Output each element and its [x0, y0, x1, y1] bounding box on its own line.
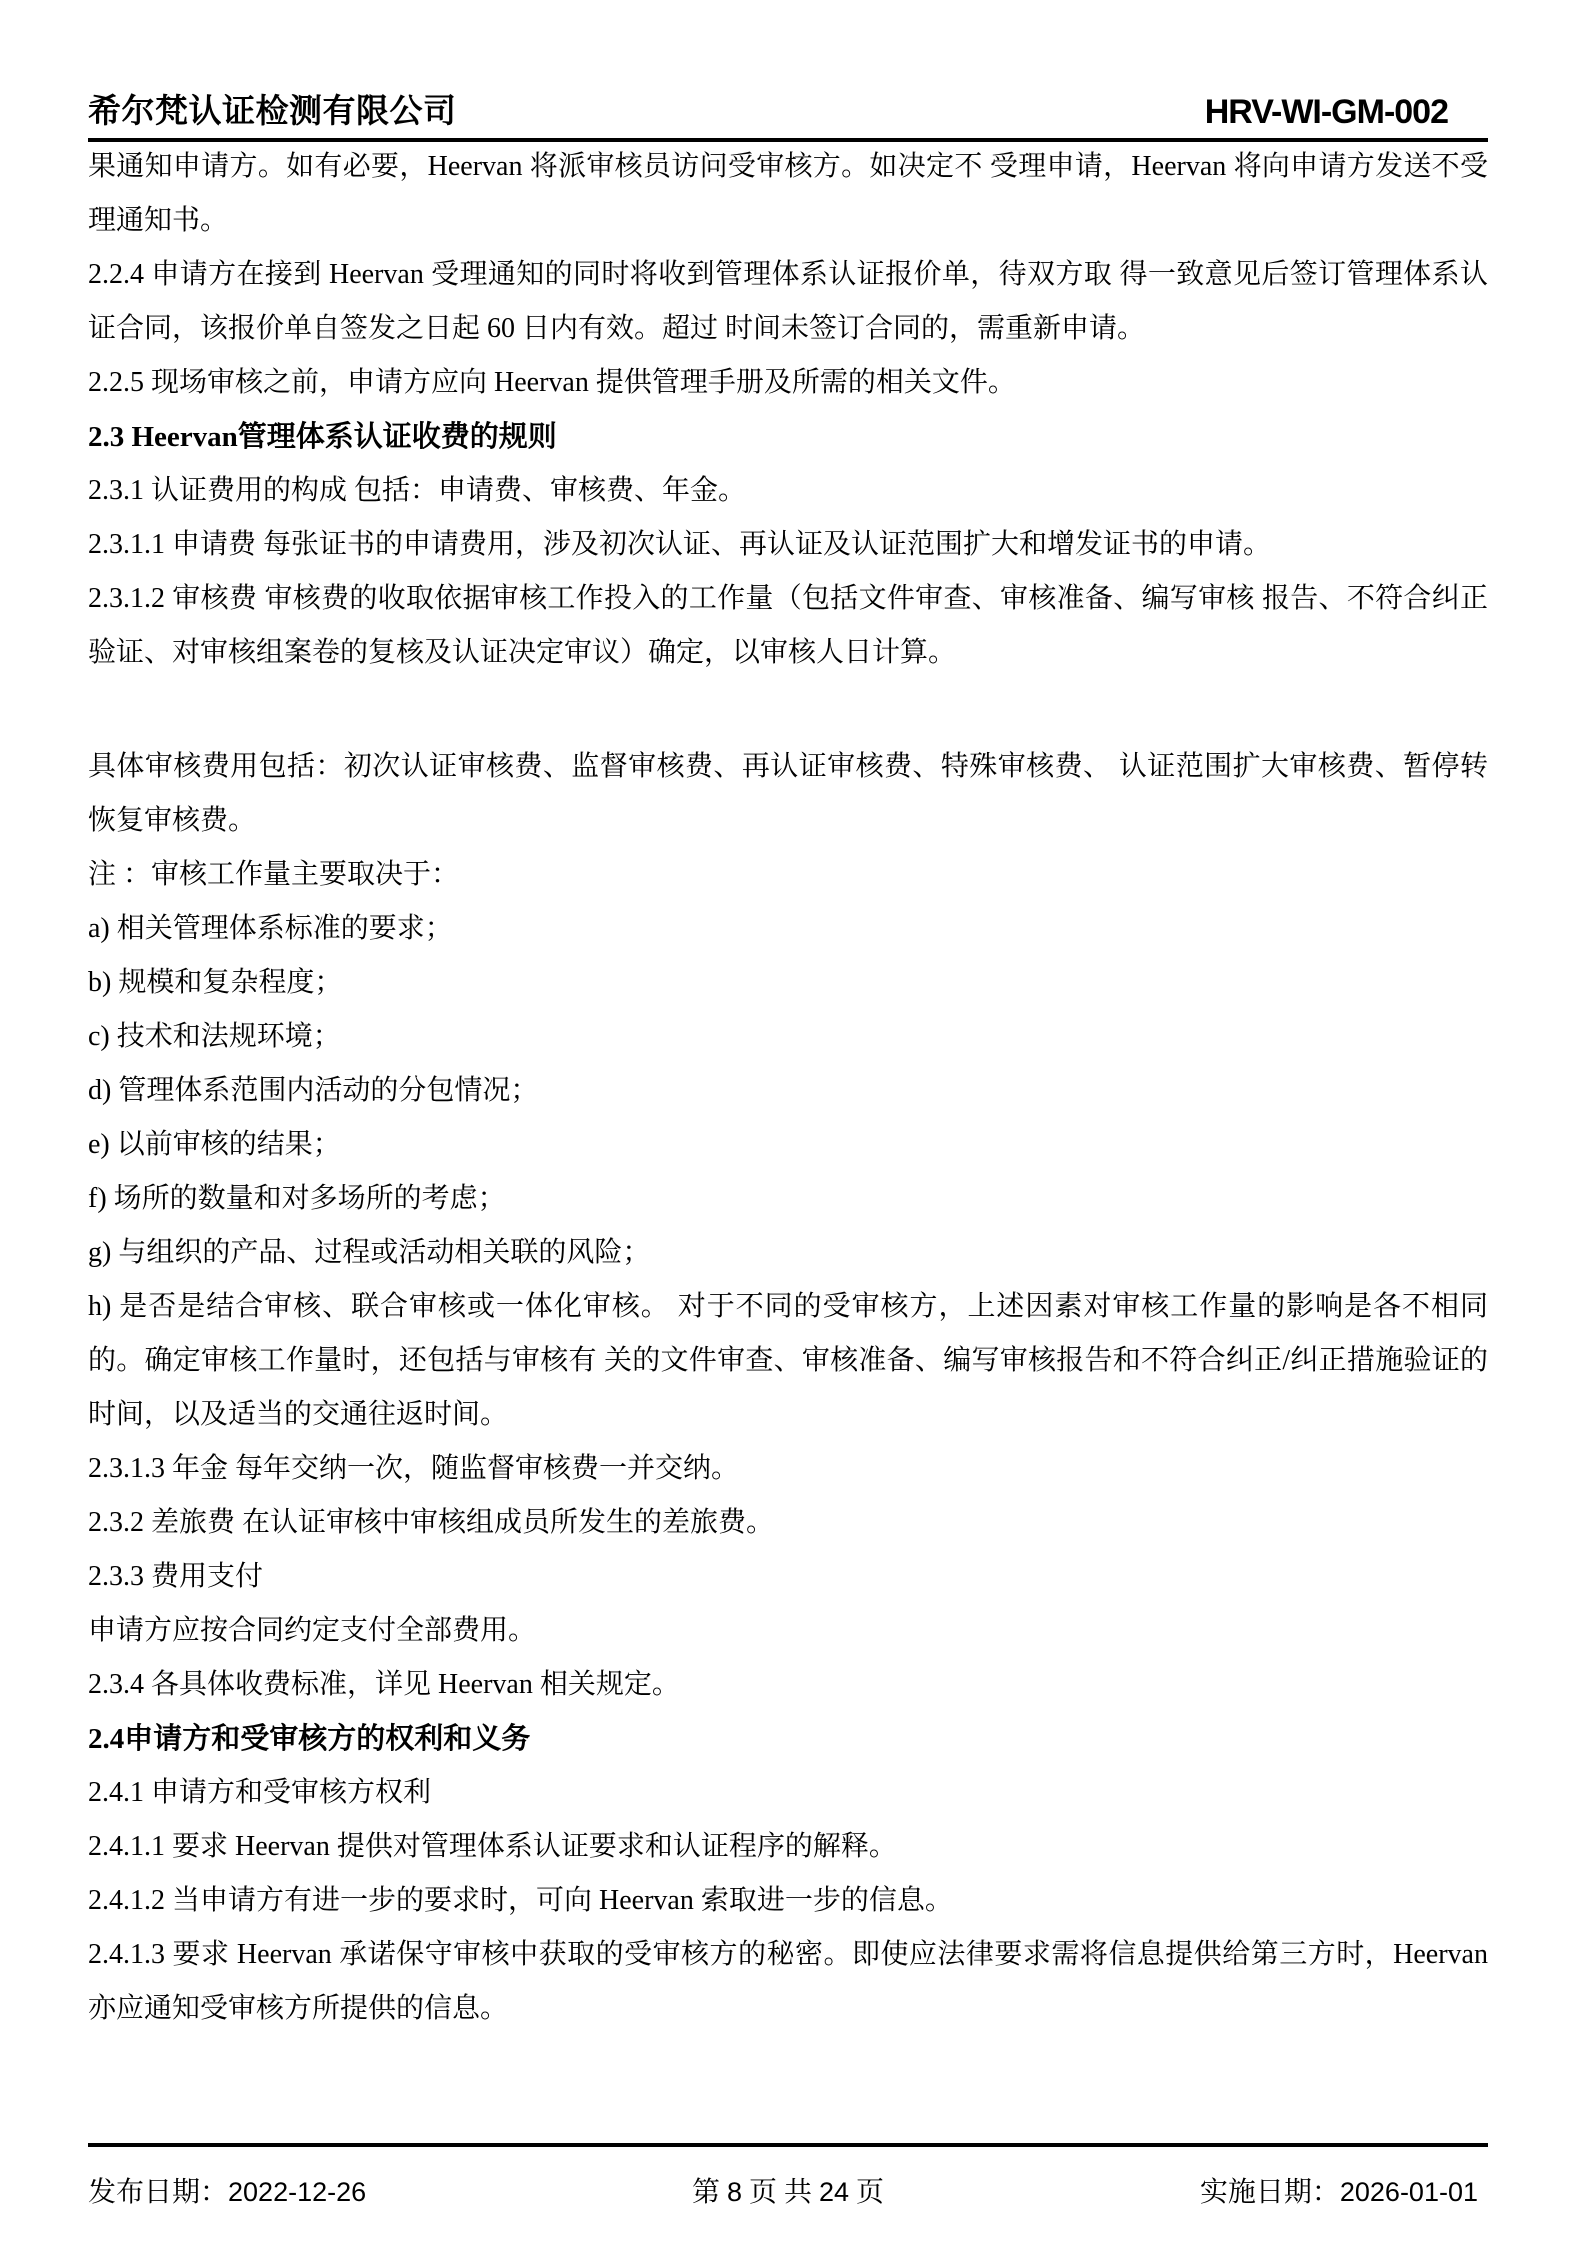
paragraph: 2.4.1.3 要求 Heervan 承诺保守审核中获取的受审核方的秘密。即使应… — [88, 1928, 1488, 2036]
document-body: 果通知申请方。如有必要，Heervan 将派审核员访问受审核方。如决定不 受理申… — [88, 140, 1488, 2036]
paragraph: 2.4.1.2 当申请方有进一步的要求时，可向 Heervan 索取进一步的信息… — [88, 1874, 1488, 1928]
document-code: HRV-WI-GM-002 — [1205, 92, 1488, 132]
paragraph: 2.3.2 差旅费 在认证审核中审核组成员所发生的差旅费。 — [88, 1496, 1488, 1550]
paragraph: e) 以前审核的结果； — [88, 1118, 1488, 1172]
paragraph: 2.3.1.3 年金 每年交纳一次，随监督审核费一并交纳。 — [88, 1442, 1488, 1496]
paragraph: 2.3.4 各具体收费标准，详见 Heervan 相关规定。 — [88, 1658, 1488, 1712]
paragraph: 2.3.1 认证费用的构成 包括：申请费、审核费、年金。 — [88, 464, 1488, 518]
issue-date: 发布日期：2022-12-26 — [88, 2170, 366, 2215]
paragraph: 2.2.4 申请方在接到 Heervan 受理通知的同时将收到管理体系认证报价单… — [88, 248, 1488, 356]
issue-date-value: 2022-12-26 — [228, 2177, 366, 2207]
document-page: 希尔梵认证检测有限公司 HRV-WI-GM-002 果通知申请方。如有必要，He… — [0, 0, 1589, 2245]
paragraph: 2.2.5 现场审核之前，申请方应向 Heervan 提供管理手册及所需的相关文… — [88, 356, 1488, 410]
paragraph: 2.3.1.1 申请费 每张证书的申请费用，涉及初次认证、再认证及认证范围扩大和… — [88, 518, 1488, 572]
implementation-date-label: 实施日期： — [1200, 2177, 1340, 2208]
page-total: 24 — [819, 2177, 849, 2207]
paragraph: 2.3.1.2 审核费 审核费的收取依据审核工作投入的工作量（包括文件审查、审核… — [88, 572, 1488, 680]
issue-date-label: 发布日期： — [88, 2177, 228, 2208]
paragraph: 2.3.3 费用支付 — [88, 1550, 1488, 1604]
section-heading: 2.3 Heervan管理体系认证收费的规则 — [88, 410, 1488, 464]
document-header: 希尔梵认证检测有限公司 HRV-WI-GM-002 — [88, 92, 1488, 132]
paragraph: a) 相关管理体系标准的要求； — [88, 902, 1488, 956]
company-name: 希尔梵认证检测有限公司 — [88, 92, 457, 132]
page-indicator-suffix: 页 — [849, 2177, 884, 2208]
paragraph: 注 ：审核工作量主要取决于： — [88, 848, 1488, 902]
paragraph: 具体审核费用包括：初次认证审核费、监督审核费、再认证审核费、特殊审核费、 认证范… — [88, 740, 1488, 848]
paragraph: f) 场所的数量和对多场所的考虑； — [88, 1172, 1488, 1226]
page-current: 8 — [727, 2177, 742, 2207]
page-indicator-prefix: 第 — [692, 2177, 727, 2208]
footer-rule — [88, 2143, 1488, 2147]
section-heading: 2.4申请方和受审核方的权利和义务 — [88, 1712, 1488, 1766]
paragraph: 果通知申请方。如有必要，Heervan 将派审核员访问受审核方。如决定不 受理申… — [88, 140, 1488, 248]
paragraph: d) 管理体系范围内活动的分包情况； — [88, 1064, 1488, 1118]
page-indicator: 第 8 页 共 24 页 — [692, 2170, 884, 2215]
document-footer: 发布日期：2022-12-26 第 8 页 共 24 页 实施日期：2026-0… — [88, 2170, 1488, 2214]
page-indicator-middle: 页 共 — [742, 2177, 819, 2208]
paragraph: b) 规模和复杂程度； — [88, 956, 1488, 1010]
paragraph: g) 与组织的产品、过程或活动相关联的风险； — [88, 1226, 1488, 1280]
paragraph: c) 技术和法规环境； — [88, 1010, 1488, 1064]
implementation-date: 实施日期：2026-01-01 — [1200, 2170, 1478, 2215]
paragraph: 2.4.1 申请方和受审核方权利 — [88, 1766, 1488, 1820]
paragraph: 2.4.1.1 要求 Heervan 提供对管理体系认证要求和认证程序的解释。 — [88, 1820, 1488, 1874]
implementation-date-value: 2026-01-01 — [1340, 2177, 1478, 2207]
paragraph: h) 是否是结合审核、联合审核或一体化审核。 对于不同的受审核方，上述因素对审核… — [88, 1280, 1488, 1442]
paragraph: 申请方应按合同约定支付全部费用。 — [88, 1604, 1488, 1658]
